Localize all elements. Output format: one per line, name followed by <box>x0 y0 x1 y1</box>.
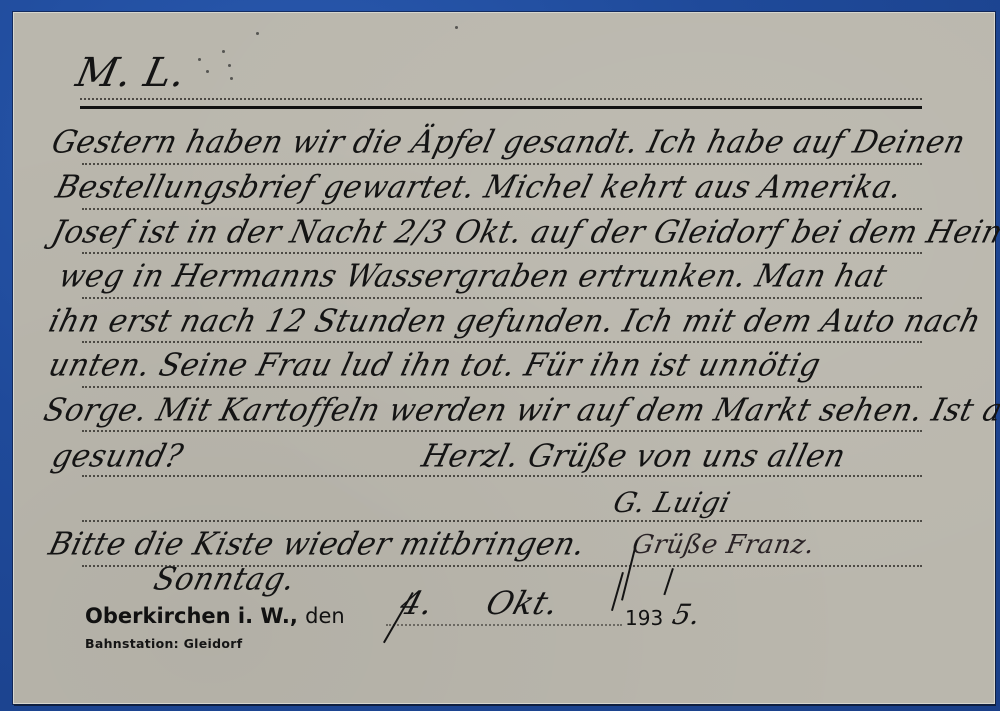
handwritten-month: Okt. <box>482 584 564 622</box>
printed-town: Oberkirchen i. W., <box>85 604 298 628</box>
printed-town-line: Oberkirchen i. W., den <box>85 604 345 628</box>
closing-greeting: Herzl. Grüße von uns allen <box>418 438 849 475</box>
ink-speck <box>230 77 233 80</box>
writing-line <box>82 475 922 477</box>
signature: G. Luigi <box>610 486 734 519</box>
body-line-5: ihn erst nach 12 Stunden gefunden. Ich m… <box>45 303 985 340</box>
postscript: Bitte die Kiste wieder mitbringen. <box>45 526 589 563</box>
ink-speck <box>222 50 225 53</box>
writing-line <box>82 520 922 522</box>
writing-line <box>82 341 922 343</box>
printed-station: Bahnstation: Gleidorf <box>85 636 242 651</box>
printed-den: den <box>305 604 345 628</box>
body-line-1: Gestern haben wir die Äpfel gesandt. Ich… <box>48 124 957 161</box>
ink-speck <box>198 58 201 61</box>
header-solid-rule <box>80 106 922 109</box>
writing-line <box>82 297 922 299</box>
writing-line <box>82 208 922 210</box>
postscript-extra: Sonntag. <box>150 561 299 598</box>
salutation: M. L. <box>72 50 190 96</box>
printed-year-prefix: 193 <box>625 606 663 630</box>
second-signature: Grüße Franz. <box>630 530 817 560</box>
body-line-7: Sorge. Mit Kartoffeln werden wir auf dem… <box>40 392 1000 429</box>
body-line-2: Bestellungsbrief gewartet. Michel kehrt … <box>52 169 906 206</box>
writing-line <box>82 163 922 165</box>
date-dotted-line <box>386 624 622 626</box>
body-line-4: weg in Hermanns Wassergraben ertrunken. … <box>55 258 891 295</box>
ink-speck <box>206 70 209 73</box>
body-line-6: unten. Seine Frau lud ihn tot. Für ihn i… <box>45 347 824 384</box>
ink-speck <box>256 32 259 35</box>
header-dotted-rule <box>80 98 922 100</box>
body-line-8: gesund? <box>48 438 187 475</box>
writing-line <box>82 430 922 432</box>
ink-speck <box>455 26 458 29</box>
writing-line <box>82 252 922 254</box>
body-line-3: Josef ist in der Nacht 2/3 Okt. auf der … <box>48 214 1000 251</box>
writing-line <box>82 386 922 388</box>
ink-speck <box>228 64 231 67</box>
